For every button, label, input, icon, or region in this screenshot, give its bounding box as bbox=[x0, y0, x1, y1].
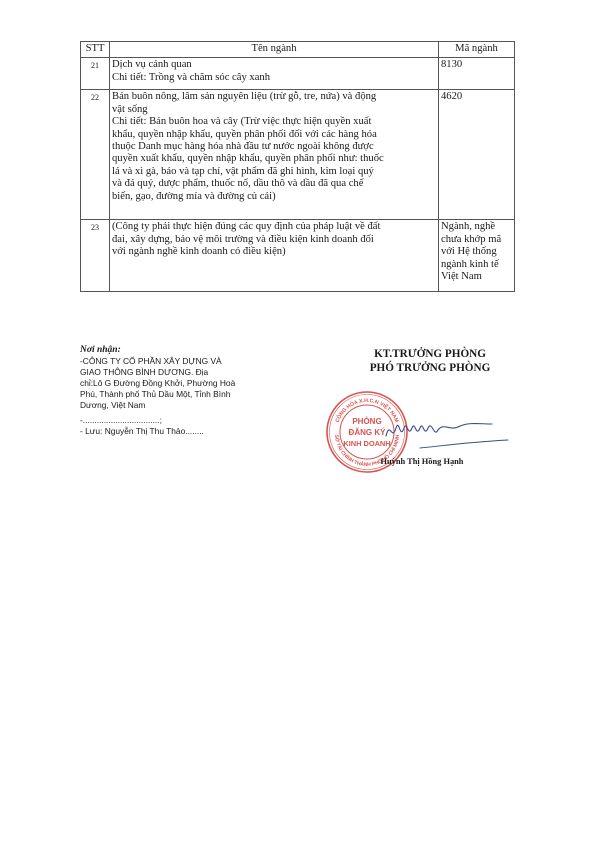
header-code: Mã ngành bbox=[439, 42, 515, 58]
row-name-line: (Công ty phải thực hiện đúng các quy địn… bbox=[112, 221, 436, 233]
row-name-line: Dịch vụ cảnh quan bbox=[112, 59, 436, 71]
row-code-line: 8130 bbox=[441, 59, 512, 71]
row-name-line: Chi tiết: Bán buôn hoa và cây (Trừ việc … bbox=[112, 116, 436, 128]
row-name-line: Bán buôn nông, lâm sản nguyên liệu (trừ … bbox=[112, 91, 436, 103]
row-stt: 21 bbox=[81, 58, 110, 90]
signature-title: KT.TRƯỞNG PHÒNG PHÓ TRƯỞNG PHÒNG bbox=[340, 347, 520, 375]
svg-text:PHÒNG: PHÒNG bbox=[352, 417, 381, 426]
recipients-block: Nơi nhận: -CÔNG TY CỔ PHẦN XÂY DỰNG VÀGI… bbox=[80, 345, 280, 437]
row-code: Ngành, nghềchưa khớp mãvới Hệ thốngngành… bbox=[439, 220, 515, 292]
row-code-line: 4620 bbox=[441, 91, 512, 103]
header-name: Tên ngành bbox=[110, 42, 439, 58]
row-name-line: khẩu, quyền nhập khẩu, quyền phân phối đ… bbox=[112, 129, 436, 141]
table-row: 22Bán buôn nông, lâm sản nguyên liệu (tr… bbox=[81, 90, 515, 220]
recipient-line: GIAO THÔNG BÌNH DƯƠNG. Địa bbox=[80, 367, 280, 378]
row-name-line: Chi tiết: Trồng và chăm sóc cây xanh bbox=[112, 72, 436, 84]
recipients-blank: -.................................; bbox=[80, 415, 280, 426]
row-name-line: quyền xuất khẩu, quyền nhập khẩu, quyền … bbox=[112, 153, 436, 165]
row-name-line: thuộc Danh mục hàng hóa nhà đầu tư nước … bbox=[112, 141, 436, 153]
business-lines-table: STT Tên ngành Mã ngành 21Dịch vụ cảnh qu… bbox=[80, 41, 515, 292]
row-name-line: vật sống bbox=[112, 104, 436, 116]
header-stt: STT bbox=[81, 42, 110, 58]
table-row: 23(Công ty phải thực hiện đúng các quy đ… bbox=[81, 220, 515, 292]
recipients-archive: - Lưu: Nguyễn Thị Thu Thảo........ bbox=[80, 426, 280, 437]
row-name: (Công ty phải thực hiện đúng các quy địn… bbox=[110, 220, 439, 292]
row-code: 8130 bbox=[439, 58, 515, 90]
table-header-row: STT Tên ngành Mã ngành bbox=[81, 42, 515, 58]
row-code-line: với Hệ thống bbox=[441, 246, 512, 258]
recipient-line: chỉ:Lô G Đường Đồng Khởi, Phường Hoà bbox=[80, 378, 280, 389]
recipient-line: Phú, Thành phố Thủ Dầu Một, Tỉnh Bình bbox=[80, 389, 280, 400]
table-row: 21Dịch vụ cảnh quanChi tiết: Trồng và ch… bbox=[81, 58, 515, 90]
row-stt: 22 bbox=[81, 90, 110, 220]
row-stt: 23 bbox=[81, 220, 110, 292]
row-code-line: ngành kinh tế bbox=[441, 259, 512, 271]
row-name-line: biến, gạo, đường mía và đường củ cải) bbox=[112, 191, 436, 203]
signer-name: Huỳnh Thị Hồng Hạnh bbox=[352, 457, 492, 466]
row-name-line: và đá quý, dược phẩm, thuốc nổ, dầu thô … bbox=[112, 178, 436, 190]
row-name: Bán buôn nông, lâm sản nguyên liệu (trừ … bbox=[110, 90, 439, 220]
row-code-line: Việt Nam bbox=[441, 271, 512, 283]
signature-title-line2: PHÓ TRƯỞNG PHÒNG bbox=[340, 361, 520, 375]
signature-scribble-icon bbox=[380, 408, 520, 458]
recipients-address: -CÔNG TY CỔ PHẦN XÂY DỰNG VÀGIAO THÔNG B… bbox=[80, 356, 280, 411]
row-name-line: với ngành nghề kinh doanh có điều kiện) bbox=[112, 246, 436, 258]
row-name: Dịch vụ cảnh quanChi tiết: Trồng và chăm… bbox=[110, 58, 439, 90]
row-code-line: Ngành, nghề bbox=[441, 221, 512, 233]
row-code: 4620 bbox=[439, 90, 515, 220]
recipient-line: Dương, Việt Nam bbox=[80, 400, 280, 411]
row-code-line: chưa khớp mã bbox=[441, 234, 512, 246]
signature-title-line1: KT.TRƯỞNG PHÒNG bbox=[340, 347, 520, 361]
recipient-line: -CÔNG TY CỔ PHẦN XÂY DỰNG VÀ bbox=[80, 356, 280, 367]
row-name-line: đai, xây dựng, bảo vệ môi trường và điều… bbox=[112, 234, 436, 246]
row-name-line: lá và xì gà, báo và tạp chí, vật phẩm đã… bbox=[112, 166, 436, 178]
recipients-title: Nơi nhận: bbox=[80, 345, 280, 356]
